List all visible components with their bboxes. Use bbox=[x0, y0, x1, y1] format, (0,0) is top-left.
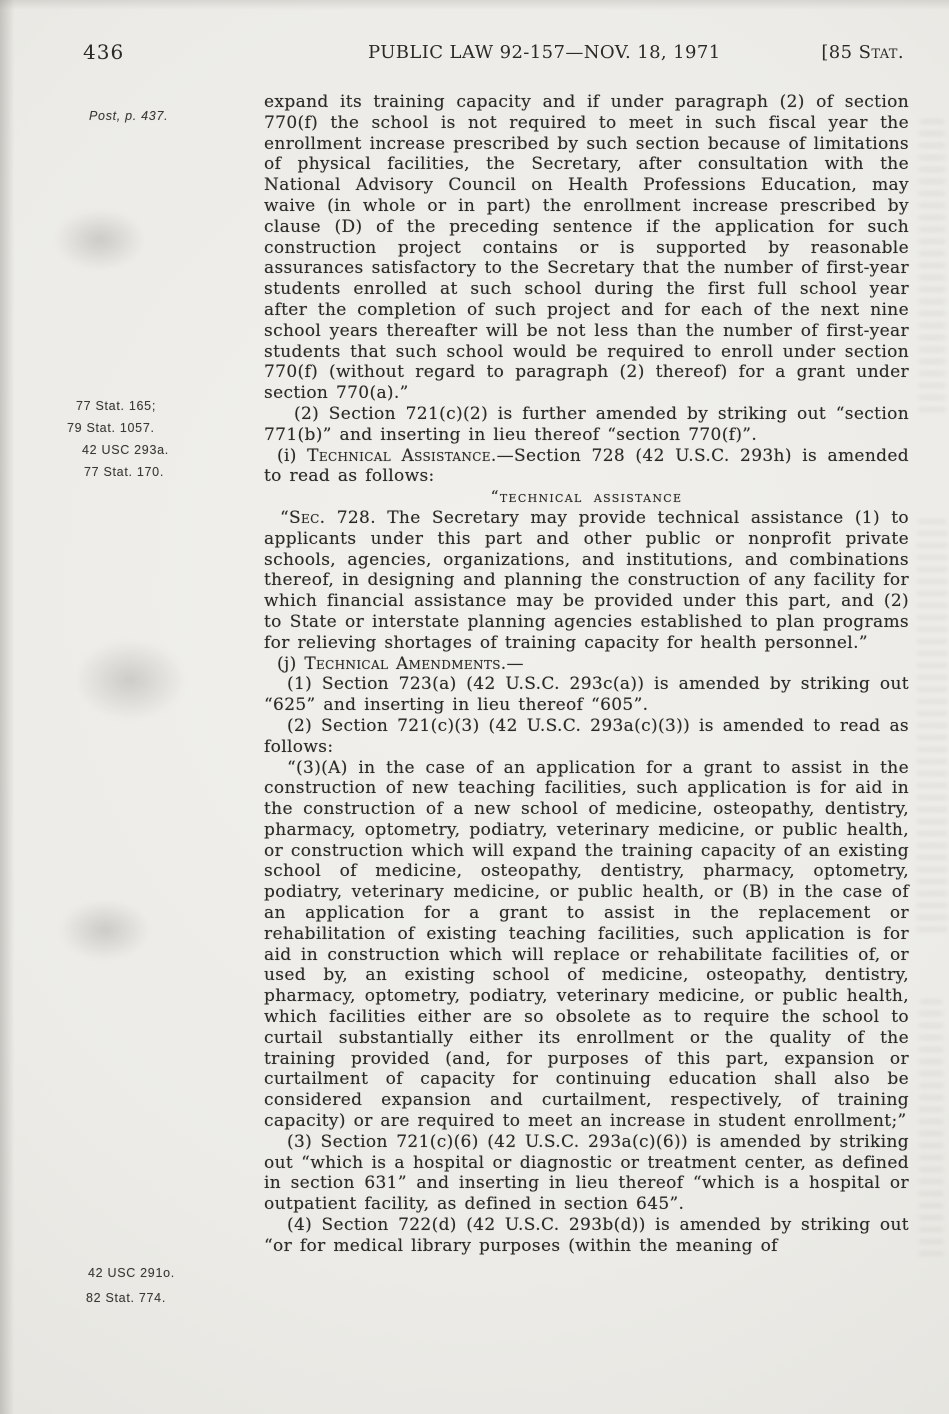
stat-prefix: [85 bbox=[821, 42, 858, 63]
paragraph-subsection-i: (i) Technical Assistance.—Section 728 (4… bbox=[264, 446, 909, 488]
subsection-j-number: (j) bbox=[277, 654, 304, 674]
margin-note-stat-1057: 79 Stat. 1057. bbox=[67, 421, 155, 435]
scan-edge-shadow-left bbox=[0, 0, 16, 1414]
heading-open-quote: “ bbox=[491, 488, 500, 506]
paragraph-continuation-770f: expand its training capacity and if unde… bbox=[264, 92, 909, 404]
page-number: 436 bbox=[83, 40, 124, 64]
margin-note-stat-165: 77 Stat. 165; bbox=[76, 399, 156, 413]
statute-page: 436 PUBLIC LAW 92-157—NOV. 18, 1971 [85 … bbox=[0, 0, 949, 1414]
running-head-title: PUBLIC LAW 92-157—NOV. 18, 1971 bbox=[368, 42, 721, 63]
paragraph-sec-728: “Sec. 728. The Secretary may provide tec… bbox=[264, 508, 909, 654]
paragraph-amendment-2: (2) Section 721(c)(2) is further amended… bbox=[264, 404, 909, 446]
margin-note-usc-293a: 42 USC 293a. bbox=[82, 443, 169, 457]
sec-728-label: Sec. bbox=[289, 508, 325, 528]
margin-note-post-ref: Post, p. 437. bbox=[89, 109, 168, 123]
scan-bleedthrough-right-3 bbox=[919, 1000, 943, 1260]
margin-note-stat-774: 82 Stat. 774. bbox=[86, 1291, 166, 1305]
margin-note-usc-291o: 42 USC 291o. bbox=[88, 1266, 175, 1280]
stat-word: Stat. bbox=[859, 42, 904, 63]
paragraph-subsection-j: (j) Technical Amendments.— bbox=[264, 654, 909, 675]
heading-text: technical assistance bbox=[500, 488, 682, 506]
paragraph-item-1: (1) Section 723(a) (42 U.S.C. 293c(a)) i… bbox=[264, 674, 909, 716]
paragraph-item-2: (2) Section 721(c)(3) (42 U.S.C. 293a(c)… bbox=[264, 716, 909, 758]
running-head-stat: [85 Stat. bbox=[821, 42, 904, 63]
scan-smudge-left-3 bbox=[60, 900, 150, 960]
subsection-j-dash: — bbox=[507, 654, 524, 674]
sec-728-text: 728. The Secretary may provide technical… bbox=[264, 508, 909, 653]
sec-728-open-quote: “ bbox=[280, 508, 289, 528]
paragraph-item-3: (3) Section 721(c)(6) (42 U.S.C. 293a(c)… bbox=[264, 1132, 909, 1215]
scan-smudge-left-1 bbox=[55, 210, 145, 270]
subsection-j-title: Technical Amendments. bbox=[304, 654, 506, 674]
subsection-i-number: (i) bbox=[277, 446, 307, 466]
subsection-i-title: Technical Assistance. bbox=[307, 446, 497, 466]
scan-smudge-left-2 bbox=[75, 640, 185, 720]
scan-bleedthrough-right-2 bbox=[917, 520, 947, 940]
scan-edge-shadow-top bbox=[0, 0, 949, 10]
paragraph-item-3A: “(3)(A) in the case of an application fo… bbox=[264, 758, 909, 1132]
paragraph-item-4: (4) Section 722(d) (42 U.S.C. 293b(d)) i… bbox=[264, 1215, 909, 1257]
body-text-column: expand its training capacity and if unde… bbox=[264, 92, 909, 1257]
section-heading-technical-assistance: “technical assistance bbox=[264, 487, 909, 508]
scan-bleedthrough-right-1 bbox=[919, 120, 945, 420]
margin-note-stat-170: 77 Stat. 170. bbox=[84, 465, 164, 479]
